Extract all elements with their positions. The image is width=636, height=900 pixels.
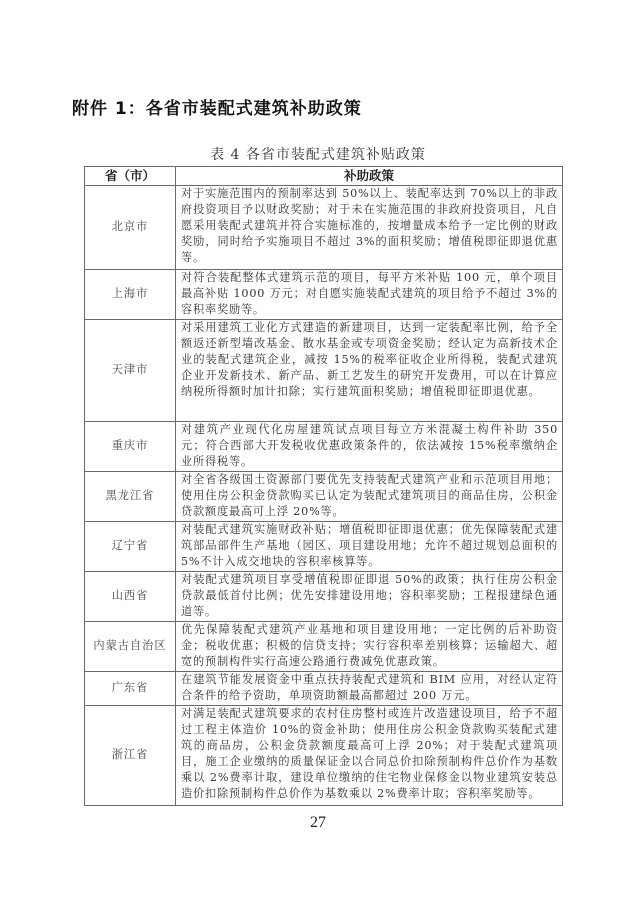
table-row: 重庆市 对建筑产业现代化房屋建筑试点项目每立方米混凝土构件补助 350 元；符合… bbox=[85, 422, 563, 472]
region-cell: 辽宁省 bbox=[85, 522, 176, 572]
page-number: 27 bbox=[0, 814, 636, 832]
region-cell: 黑龙江省 bbox=[85, 472, 176, 522]
policy-cell: 在建筑节能发展资金中重点扶持装配式建筑和 BIM 应用，对经认定符合条件的给予资… bbox=[176, 672, 563, 706]
region-cell: 北京市 bbox=[85, 186, 176, 270]
table-caption: 表 4 各省市装配式建筑补贴政策 bbox=[0, 144, 636, 164]
table-row: 浙江省 对满足装配式建筑要求的农村住房整村或连片改造建设项目，给予不超过工程主体… bbox=[85, 706, 563, 806]
region-cell: 天津市 bbox=[85, 320, 176, 422]
table-row: 内蒙古自治区 优先保障装配式建筑产业基地和项目建设用地；一定比例的后补助资金；税… bbox=[85, 622, 563, 672]
policy-cell: 对采用建筑工业化方式建造的新建项目，达到一定装配率比例，给予全额返还新型墙改基金… bbox=[176, 320, 563, 422]
region-cell: 山西省 bbox=[85, 572, 176, 622]
table-row: 山西省 对装配式建筑项目享受增值税即征即退 50%的政策；执行住房公积金贷款最低… bbox=[85, 572, 563, 622]
column-header-region: 省（市） bbox=[85, 167, 176, 186]
policy-cell: 优先保障装配式建筑产业基地和项目建设用地；一定比例的后补助资金；税收优惠；积极的… bbox=[176, 622, 563, 672]
table-row: 广东省 在建筑节能发展资金中重点扶持装配式建筑和 BIM 应用，对经认定符合条件… bbox=[85, 672, 563, 706]
table-header-row: 省（市） 补助政策 bbox=[85, 167, 563, 186]
subsidy-policy-table: 省（市） 补助政策 北京市 对于实施范围内的预制率达到 50%以上、装配率达到 … bbox=[84, 166, 563, 806]
region-cell: 广东省 bbox=[85, 672, 176, 706]
policy-cell: 对满足装配式建筑要求的农村住房整村或连片改造建设项目，给予不超过工程主体造价 1… bbox=[176, 706, 563, 806]
table-row: 上海市 对符合装配整体式建筑示范的项目，每平方米补贴 100 元，单个项目最高补… bbox=[85, 270, 563, 320]
policy-cell: 对全省各级国土资源部门要优先支持装配式建筑产业和示范项目用地；使用住房公积金贷款… bbox=[176, 472, 563, 522]
column-header-policy: 补助政策 bbox=[176, 167, 563, 186]
region-cell: 上海市 bbox=[85, 270, 176, 320]
policy-cell: 对于实施范围内的预制率达到 50%以上、装配率达到 70%以上的非政府投资项目予… bbox=[176, 186, 563, 270]
region-cell: 内蒙古自治区 bbox=[85, 622, 176, 672]
policy-cell: 对装配式建筑实施财政补贴；增值税即征即退优惠；优先保障装配式建筑部品部件生产基地… bbox=[176, 522, 563, 572]
policy-cell: 对建筑产业现代化房屋建筑试点项目每立方米混凝土构件补助 350 元；符合西部大开… bbox=[176, 422, 563, 472]
table-row: 北京市 对于实施范围内的预制率达到 50%以上、装配率达到 70%以上的非政府投… bbox=[85, 186, 563, 270]
appendix-heading: 附件 1：各省市装配式建筑补助政策 bbox=[72, 94, 362, 119]
policy-cell: 对装配式建筑项目享受增值税即征即退 50%的政策；执行住房公积金贷款最低首付比例… bbox=[176, 572, 563, 622]
table-row: 黑龙江省 对全省各级国土资源部门要优先支持装配式建筑产业和示范项目用地；使用住房… bbox=[85, 472, 563, 522]
table-row: 辽宁省 对装配式建筑实施财政补贴；增值税即征即退优惠；优先保障装配式建筑部品部件… bbox=[85, 522, 563, 572]
region-cell: 浙江省 bbox=[85, 706, 176, 806]
table-row: 天津市 对采用建筑工业化方式建造的新建项目，达到一定装配率比例，给予全额返还新型… bbox=[85, 320, 563, 422]
policy-cell: 对符合装配整体式建筑示范的项目，每平方米补贴 100 元，单个项目最高补贴 10… bbox=[176, 270, 563, 320]
region-cell: 重庆市 bbox=[85, 422, 176, 472]
